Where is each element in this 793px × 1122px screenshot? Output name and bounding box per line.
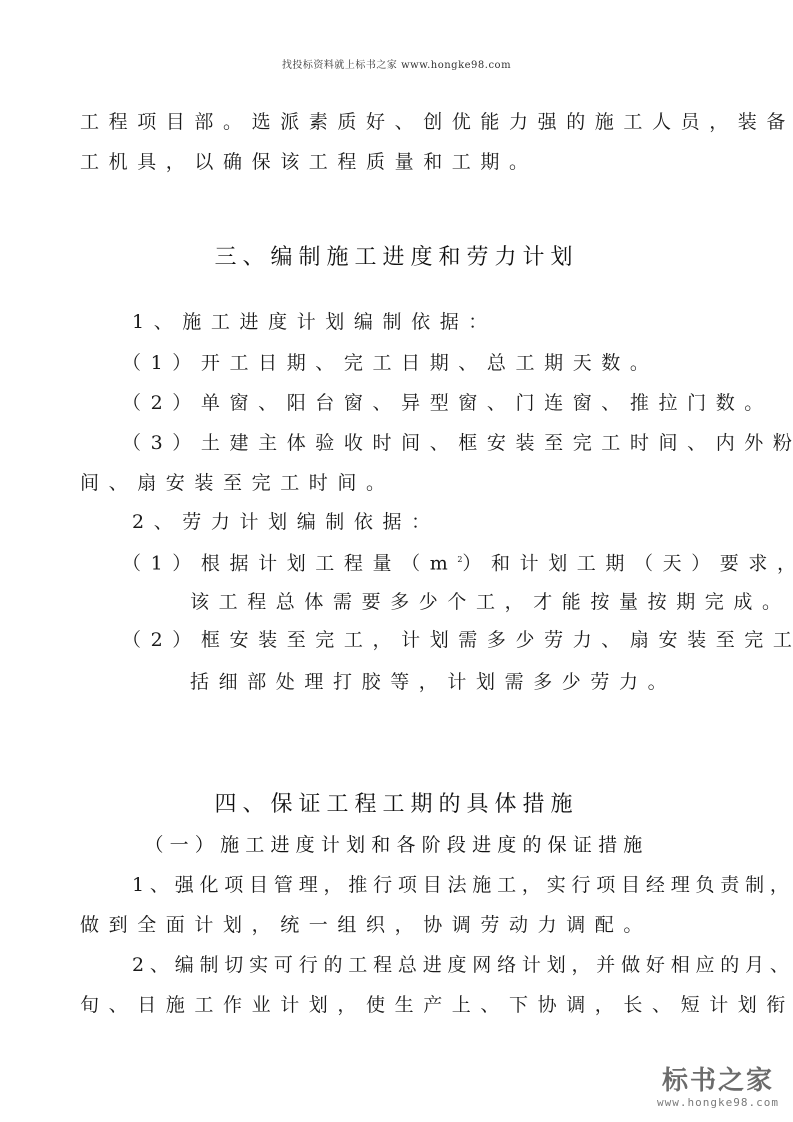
section-3-item-2-sub-1-line-2: 该工程总体需要多少个工，才能按量按期完成。 xyxy=(190,590,791,614)
section-3-item-2-label: 2、劳力计划编制依据： xyxy=(132,510,440,534)
section-4-para-2-line-2: 旬、日施工作业计划，使生产上、下协调，长、短计划衔接。坚 xyxy=(80,993,793,1017)
intro-line-2: 工机具，以确保该工程质量和工期。 xyxy=(80,150,538,174)
section-4-heading: 四、保证工程工期的具体措施 xyxy=(0,791,793,819)
sub-1-text-b: ）和计划工期（天）要求，计算 xyxy=(462,552,793,574)
section-3-item-2-sub-1-line-1: （1）根据计划工程量（m2）和计划工期（天）要求，计算 xyxy=(122,548,793,575)
section-3-heading: 三、编制施工进度和劳力计划 xyxy=(0,244,793,272)
section-3-item-2-sub-2-line-2: 括细部处理打胶等，计划需多少劳力。 xyxy=(190,670,676,694)
section-4-subheading: （一）施工进度计划和各阶段进度的保证措施 xyxy=(0,833,793,857)
section-3-item-1-sub-1: （1）开工日期、完工日期、总工期天数。 xyxy=(122,351,659,375)
sub-2-prefix: （2） xyxy=(122,629,201,651)
section-3-item-2-sub-2-line-1: （2）框安装至完工，计划需多少劳力、扇安装至完工，包 xyxy=(122,628,793,652)
section-4-para-1-line-2: 做到全面计划，统一组织，协调劳动力调配。 xyxy=(80,913,652,937)
intro-line-1: 工程项目部。选派素质好、创优能力强的施工人员，装备优良施 xyxy=(80,110,793,134)
sub-1-prefix: （1） xyxy=(122,552,201,574)
sub-1-text-a: 根据计划工程量（m xyxy=(201,552,457,574)
section-3-item-1-sub-2: （2）单窗、阳台窗、异型窗、门连窗、推拉门数。 xyxy=(122,391,773,415)
watermark-logo: 标书之家 www.hongke98.com xyxy=(648,1066,788,1110)
watermark-logo-title: 标书之家 xyxy=(648,1066,788,1096)
watermark-logo-url: www.hongke98.com xyxy=(648,1096,788,1110)
section-3-item-1-sub-3: （3）土建主体验收时间、框安装至完工时间、内外粉饰时 xyxy=(122,431,793,455)
sub-2-text: 框安装至完工，计划需多少劳力、扇安装至完工，包 xyxy=(201,629,793,651)
page-header-watermark: 找投标资料就上标书之家 www.hongke98.com xyxy=(0,56,793,71)
section-4-para-1-line-1: 1、强化项目管理，推行项目法施工，实行项目经理负责制， xyxy=(132,873,793,897)
section-3-item-1-sub-3-cont: 间、扇安装至完工时间。 xyxy=(80,471,395,495)
section-4-para-2-line-1: 2、编制切实可行的工程总进度网络计划，并做好相应的月、 xyxy=(132,953,793,977)
section-3-item-1-label: 1、施工进度计划编制依据： xyxy=(132,310,497,334)
